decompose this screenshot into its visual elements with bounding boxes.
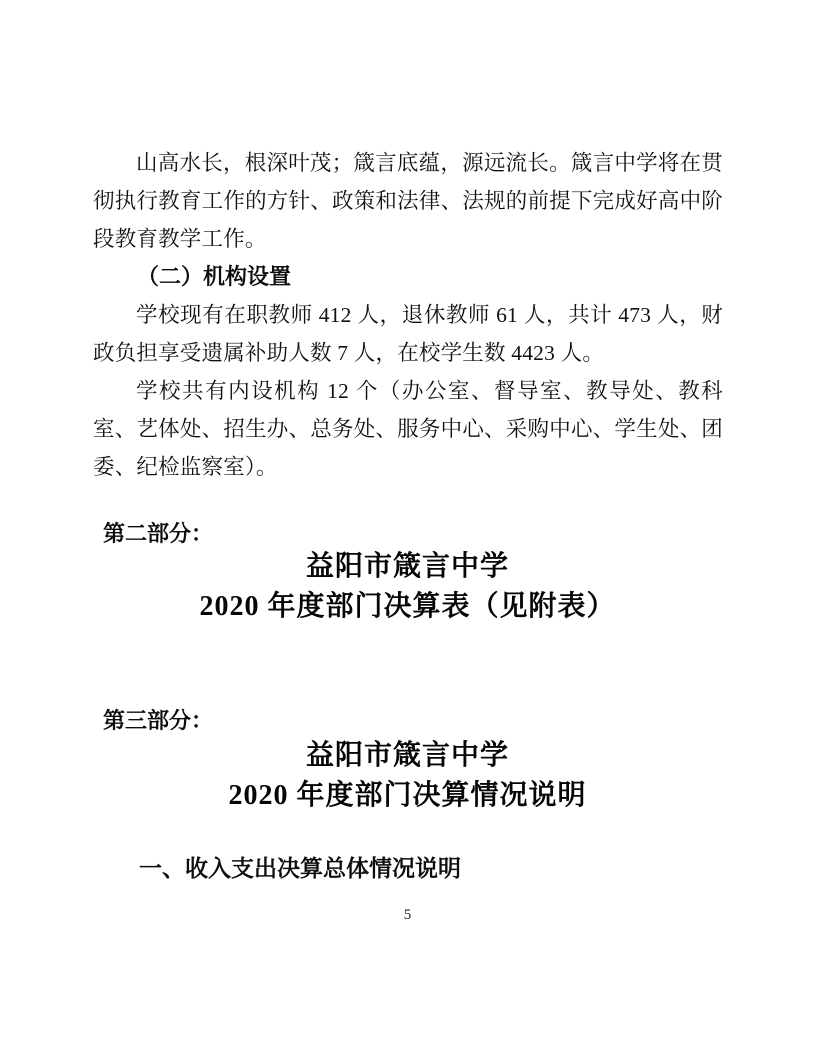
- part3-title-report-name: 2020 年度部门决算情况说明: [0, 776, 815, 816]
- staff-counts-paragraph: 学校现有在职教师 412 人，退休教师 61 人，共计 473 人，财政负担享受…: [93, 296, 723, 372]
- part2-title-school-name: 益阳市箴言中学: [0, 547, 815, 587]
- part3-title-school-name: 益阳市箴言中学: [0, 736, 815, 776]
- part2-title: 益阳市箴言中学 2020 年度部门决算表（见附表）: [0, 547, 815, 627]
- document-page: 山高水长，根深叶茂；箴言底蕴，源远流长。箴言中学将在贯彻执行教育工作的方针、政策…: [0, 0, 815, 1055]
- part2-title-report-name: 2020 年度部门决算表（见附表）: [0, 587, 815, 627]
- org-structure-heading: （二）机构设置: [93, 258, 723, 296]
- intro-paragraph: 山高水长，根深叶茂；箴言底蕴，源远流长。箴言中学将在贯彻执行教育工作的方针、政策…: [93, 144, 723, 258]
- part3-label: 第三部分：: [103, 702, 213, 740]
- part3-title: 益阳市箴言中学 2020 年度部门决算情况说明: [0, 736, 815, 816]
- body-text-block: 山高水长，根深叶茂；箴言底蕴，源远流长。箴言中学将在贯彻执行教育工作的方针、政策…: [93, 144, 723, 486]
- internal-orgs-paragraph: 学校共有内设机构 12 个（办公室、督导室、教导处、教科室、艺体处、招生办、总务…: [93, 372, 723, 486]
- section-one-heading: 一、收入支出决算总体情况说明: [93, 853, 723, 884]
- page-number: 5: [0, 905, 815, 925]
